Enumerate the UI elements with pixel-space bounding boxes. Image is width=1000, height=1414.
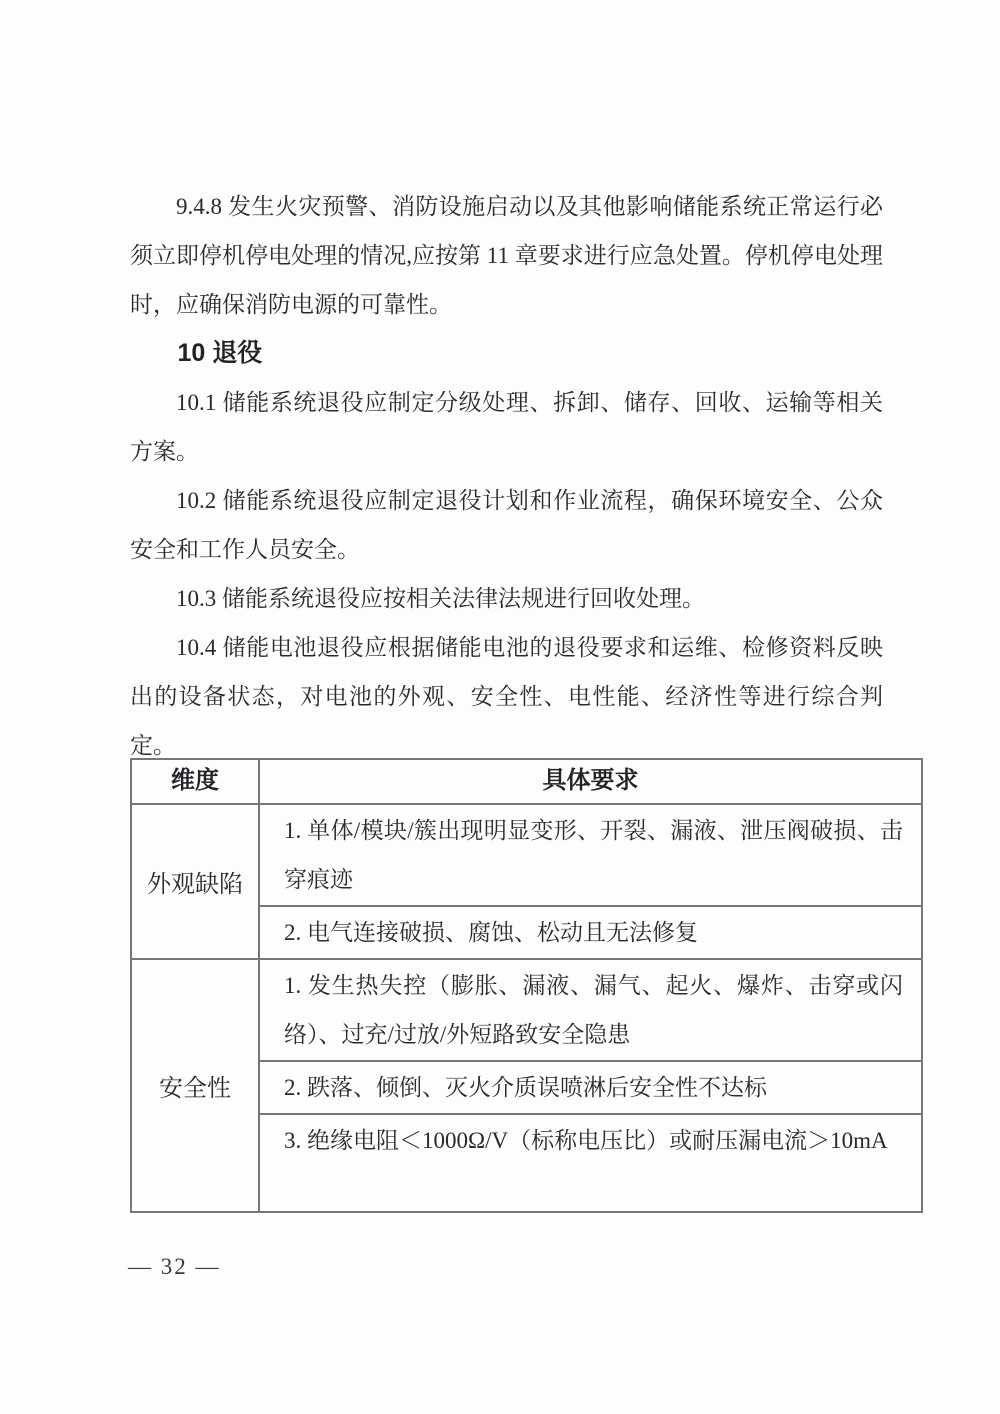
- dimension-cell-appearance-defects: 外观缺陷: [131, 804, 259, 959]
- page-number: — 32 —: [128, 1254, 221, 1280]
- table-row: 外观缺陷 1. 单体/模块/簇出现明显变形、开裂、漏液、泄压阀破损、击穿痕迹: [131, 804, 922, 906]
- requirement-cell: 2. 跌落、倾倒、灭火介质误喷淋后安全性不达标: [259, 1061, 922, 1114]
- paragraph-10-3: 10.3 储能系统退役应按相关法律法规进行回收处理。: [130, 574, 883, 623]
- section-heading-10-decommissioning: 10 退役: [130, 329, 883, 378]
- dimension-cell-safety: 安全性: [131, 959, 259, 1212]
- document-page: 9.4.8 发生火灾预警、消防设施启动以及其他影响储能系统正常运行必须立即停机停…: [0, 0, 1000, 1414]
- paragraph-9-4-8: 9.4.8 发生火灾预警、消防设施启动以及其他影响储能系统正常运行必须立即停机停…: [130, 182, 883, 329]
- requirement-cell: 3. 绝缘电阻＜1000Ω/V（标称电压比）或耐压漏电流＞10mA: [259, 1114, 922, 1212]
- column-header-requirements: 具体要求: [259, 759, 922, 804]
- paragraph-10-2: 10.2 储能系统退役应制定退役计划和作业流程，确保环境安全、公众安全和工作人员…: [130, 476, 883, 574]
- requirement-cell: 1. 发生热失控（膨胀、漏液、漏气、起火、爆炸、击穿或闪络）、过充/过放/外短路…: [259, 959, 922, 1061]
- table-row: 安全性 1. 发生热失控（膨胀、漏液、漏气、起火、爆炸、击穿或闪络）、过充/过放…: [131, 959, 922, 1061]
- requirement-cell: 2. 电气连接破损、腐蚀、松动且无法修复: [259, 906, 922, 959]
- paragraph-10-4: 10.4 储能电池退役应根据储能电池的退役要求和运维、检修资料反映出的设备状态，…: [130, 623, 883, 770]
- column-header-dimension: 维度: [131, 759, 259, 804]
- table-header-row: 维度 具体要求: [131, 759, 922, 804]
- paragraph-10-1: 10.1 储能系统退役应制定分级处理、拆卸、储存、回收、运输等相关方案。: [130, 378, 883, 476]
- requirement-cell: 1. 单体/模块/簇出现明显变形、开裂、漏液、泄压阀破损、击穿痕迹: [259, 804, 922, 906]
- text-column: 9.4.8 发生火灾预警、消防设施启动以及其他影响储能系统正常运行必须立即停机停…: [130, 182, 883, 770]
- decommission-criteria-table: 维度 具体要求 外观缺陷 1. 单体/模块/簇出现明显变形、开裂、漏液、泄压阀破…: [130, 758, 923, 1213]
